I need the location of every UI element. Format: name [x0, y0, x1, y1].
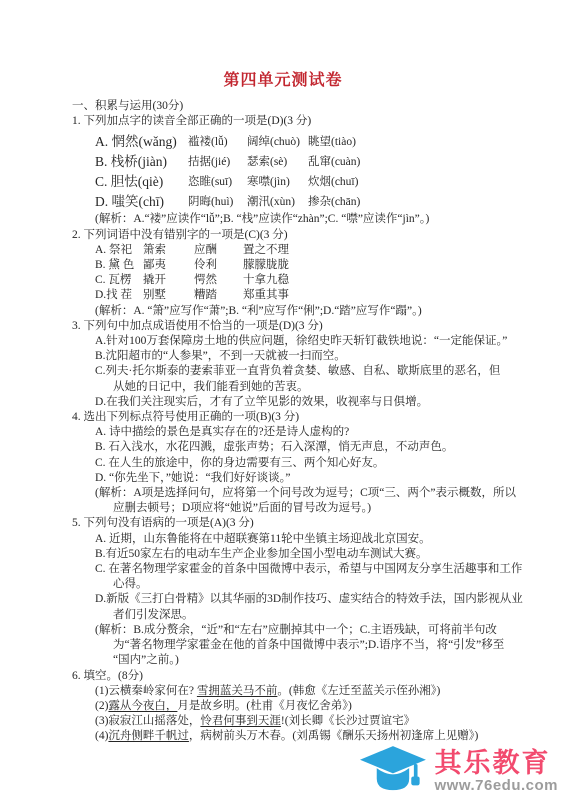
question-2: 2. 下列词语中没有错别字的一项是(C)(3 分) A. 祭祀 箫索 应酬 置之… — [72, 228, 526, 319]
fill-blank-item: (1)云横秦岭家何在? 雪拥蓝关马不前。(韩愈《左迁至蓝关示侄孙湘》) — [72, 684, 526, 699]
option-cell: B. 栈桥(jiàn) — [95, 152, 188, 172]
fill-pre: (2) — [95, 700, 108, 712]
fill-pre: (4) — [95, 730, 108, 742]
option-line: D. “你先坐下，”她说：“我们好好谈谈。” — [72, 471, 526, 486]
option-line: C. 在著名物理学家霍金的首条中国微博中表示，希望与中国网友分享生活趣事和工作 — [72, 562, 526, 577]
analysis-line-continued: 为“著名物理学家霍金在他的首条中国微博中表示”;D.语序不当，将“引发”移至 — [72, 638, 526, 653]
question-3: 3. 下列句中加点成语使用不恰当的一项是(D)(3 分) A.针对100万套保障… — [72, 319, 526, 410]
option-cell: 朦朦胧胧 — [243, 258, 289, 273]
fill-answer: 雪拥蓝关马不前 — [197, 685, 278, 697]
option-line-continued: 心得。 — [72, 577, 526, 592]
fill-pre: (3)寂寂江山摇落处， — [95, 715, 200, 727]
brand-logo: 其乐教育 www.76edu.com — [360, 746, 558, 796]
question-1: 1. 下列加点字的读音全部正确的一项是(D)(3 分) A. 惘然(wǎng) … — [72, 114, 526, 227]
page-title: 第四单元测试卷 — [0, 0, 566, 90]
option-line: C. 在人生的旅途中，你的身边需要有三、两个知心好友。 — [72, 456, 526, 471]
option-row: B. 黛 色 鄙夷 伶利 朦朦胧胧 — [72, 258, 526, 273]
question-stem: 4. 选出下列标点符号使用正确的一项(B)(3 分) — [72, 410, 526, 425]
option-cell: 乱窜(cuàn) — [308, 152, 360, 172]
option-cell: 褴褛(lǚ) — [188, 132, 247, 152]
option-cell: 郑重其事 — [243, 288, 289, 303]
option-line: B.有近50家左右的电动车生产企业参加全国小型电动车测试大赛。 — [72, 547, 526, 562]
option-line: C.列夫·托尔斯泰的妻索菲亚一直背负着贪婪、敏感、自私、歇斯底里的恶名，但 — [72, 364, 526, 379]
option-line: A. 诗中描绘的景色是真实存在的?还是诗人虚构的? — [72, 425, 526, 440]
option-row: C. 瓦楞 撬开 愕然 十拿九稳 — [72, 273, 526, 288]
graduation-cap-icon — [360, 746, 428, 796]
option-cell: C. 瓦楞 — [95, 273, 143, 288]
option-line: D.在我们关注现实后，才有了立竿见影的效果，收视率与日俱增。 — [72, 395, 526, 410]
option-cell: 阔绰(chuò) — [247, 132, 308, 152]
option-line: A.针对100万套保障房土地的供应问题，徐绍史昨天斩钉截铁地说：“一定能保证。” — [72, 334, 526, 349]
option-cell: 箫索 — [143, 243, 194, 258]
option-line: A. 近期，山东鲁能将在中超联赛第11轮中坐镇主场迎战北京国安。 — [72, 532, 526, 547]
option-row: D. 嗤笑(chī) 阴晦(huì) 潮汛(xùn) 掺杂(chān) — [72, 192, 526, 212]
fill-post: ，病树前头万木春。(刘禹锡《酬乐天扬州初逢席上见赠》) — [189, 730, 478, 742]
brand-name: 其乐教育 — [435, 749, 551, 777]
analysis-line: (解析：B.成分赘余，“近”和“左右”应删掉其中一个；C.主语残缺，可将前半句改 — [72, 623, 526, 638]
option-cell: A. 惘然(wǎng) — [95, 132, 188, 152]
fill-post: 。(韩愈《左迁至蓝关示侄孙湘》) — [277, 685, 440, 697]
option-cell: 撬开 — [143, 273, 194, 288]
option-row: C. 胆怯(qiè) 恣睢(suī) 寒噤(jìn) 炊烟(chuī) — [72, 172, 526, 192]
fill-pre: (1)云横秦岭家何在? — [95, 685, 197, 697]
option-cell: D. 嗤笑(chī) — [95, 192, 188, 212]
brand-url: www.76edu.com — [435, 777, 558, 794]
fill-blank-item: (3)寂寂江山摇落处，怜君何事到天涯!(刘长卿《长沙过贾谊宅》 — [72, 714, 526, 729]
option-cell: B. 黛 色 — [95, 258, 143, 273]
fill-answer: 怜君何事到天涯 — [200, 715, 281, 727]
option-line-continued: 者们引发深思。 — [72, 608, 526, 623]
fill-post: 月是故乡明。(杜甫《月夜忆舍弟》) — [177, 700, 351, 712]
fill-post: !(刘长卿《长沙过贾谊宅》 — [281, 715, 415, 727]
option-cell: 别墅 — [143, 288, 194, 303]
analysis-line-continued: “国内”之前。) — [72, 653, 526, 668]
option-line: B. 石入浅水，水花四溅，虚张声势；石入深潭，悄无声息，不动声色。 — [72, 440, 526, 455]
option-cell: 潮汛(xùn) — [247, 192, 308, 212]
option-cell: 阴晦(huì) — [188, 192, 247, 212]
option-cell: 拮据(jié) — [188, 152, 247, 172]
option-cell: 应酬 — [194, 243, 243, 258]
option-cell: A. 祭祀 — [95, 243, 143, 258]
option-cell: 眺望(tiào) — [308, 132, 356, 152]
question-stem: 6. 填空。(8分) — [72, 669, 526, 684]
question-6: 6. 填空。(8分) (1)云横秦岭家何在? 雪拥蓝关马不前。(韩愈《左迁至蓝关… — [72, 669, 526, 745]
question-5: 5. 下列句没有语病的一项是(A)(3 分) A. 近期，山东鲁能将在中超联赛第… — [72, 516, 526, 668]
question-4: 4. 选出下列标点符号使用正确的一项(B)(3 分) A. 诗中描绘的景色是真实… — [72, 410, 526, 516]
option-cell: 十拿九稳 — [243, 273, 289, 288]
option-cell: 炊烟(chuī) — [308, 172, 358, 192]
section-heading: 一、积累与运用(30分) — [72, 99, 526, 114]
option-row: A. 惘然(wǎng) 褴褛(lǚ) 阔绰(chuò) 眺望(tiào) — [72, 132, 526, 152]
analysis-line-continued: 应删去顿号；D项应将“她说”后面的冒号改为逗号。) — [72, 501, 526, 516]
fill-answer: 露从今夜白， — [108, 700, 177, 712]
paper-body: 一、积累与运用(30分) 1. 下列加点字的读音全部正确的一项是(D)(3 分)… — [72, 99, 526, 745]
option-cell: 愕然 — [194, 273, 243, 288]
fill-answer: 沉舟侧畔千帆过 — [108, 730, 189, 742]
fill-blank-item: (2)露从今夜白，月是故乡明。(杜甫《月夜忆舍弟》) — [72, 699, 526, 714]
test-paper-page: 第四单元测试卷 一、积累与运用(30分) 1. 下列加点字的读音全部正确的一项是… — [0, 0, 566, 800]
question-stem: 2. 下列词语中没有错别字的一项是(C)(3 分) — [72, 228, 526, 243]
option-line: B.沈阳超市的“人参果”，不到一天就被一扫而空。 — [72, 349, 526, 364]
option-line: D.新版《三打白骨精》以其华丽的3D制作技巧、虚实结合的特效手法，国内影视从业 — [72, 592, 526, 607]
question-stem: 1. 下列加点字的读音全部正确的一项是(D)(3 分) — [72, 114, 526, 129]
option-cell: C. 胆怯(qiè) — [95, 172, 188, 192]
option-cell: 掺杂(chān) — [308, 192, 360, 212]
analysis-line: (解析：A.“褛”应读作“lǚ”;B. “栈”应读作“zhàn”;C. “噤”应… — [72, 212, 526, 227]
option-cell: 糟踏 — [194, 288, 243, 303]
option-cell: 恣睢(suī) — [188, 172, 247, 192]
option-row: D.找 茬 别墅 糟踏 郑重其事 — [72, 288, 526, 303]
option-row: B. 栈桥(jiàn) 拮据(jié) 瑟索(sè) 乱窜(cuàn) — [72, 152, 526, 172]
option-cell: D.找 茬 — [95, 288, 143, 303]
option-cell: 鄙夷 — [143, 258, 194, 273]
option-cell: 瑟索(sè) — [247, 152, 308, 172]
option-cell: 伶利 — [194, 258, 243, 273]
fill-blank-item: (4)沉舟侧畔千帆过，病树前头万木春。(刘禹锡《酬乐天扬州初逢席上见赠》) — [72, 729, 526, 744]
option-cell: 置之不理 — [243, 243, 289, 258]
brand-text: 其乐教育 www.76edu.com — [435, 749, 558, 794]
question-stem: 5. 下列句没有语病的一项是(A)(3 分) — [72, 516, 526, 531]
option-line-continued: 从她的日记中，我们能看到她的苦衷。 — [72, 380, 526, 395]
question-stem: 3. 下列句中加点成语使用不恰当的一项是(D)(3 分) — [72, 319, 526, 334]
option-cell: 寒噤(jìn) — [247, 172, 308, 192]
analysis-line: (解析：A. “箫”应写作“萧”;B. “利”应写作“俐”;D.“踏”应写作“蹋… — [72, 304, 526, 319]
option-row: A. 祭祀 箫索 应酬 置之不理 — [72, 243, 526, 258]
analysis-line: (解析：A项是选择问句，应将第一个问号改为逗号；C项“三、两个”表示概数，所以 — [72, 486, 526, 501]
